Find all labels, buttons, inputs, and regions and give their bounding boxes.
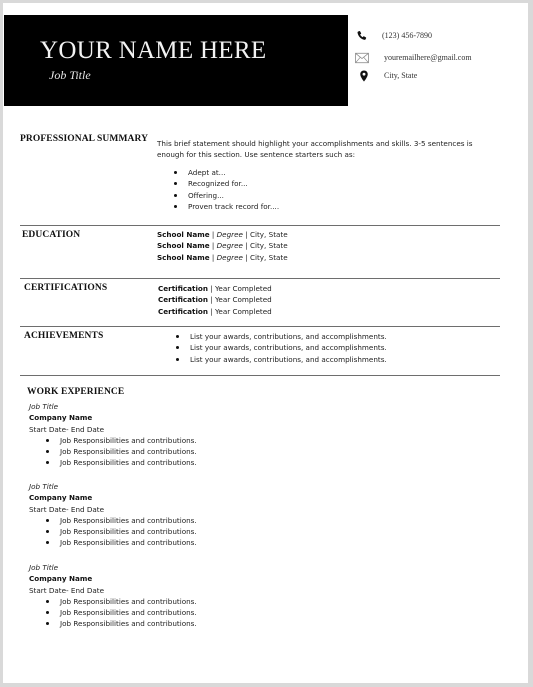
education-heading: EDUCATION: [22, 230, 80, 240]
company-name: Company Name: [29, 573, 197, 584]
list-item: Job Responsibilities and contributions.: [45, 526, 197, 537]
company-name: Company Name: [29, 492, 197, 503]
list-item: Offering...: [173, 190, 279, 201]
header-job-title: Job Title: [49, 68, 91, 83]
list-item: Adept at...: [173, 167, 279, 178]
list-item: List your awards, contributions, and acc…: [175, 331, 387, 342]
job-bullets: Job Responsibilities and contributions. …: [45, 596, 197, 630]
section-divider: [20, 278, 500, 279]
job-bullets: Job Responsibilities and contributions. …: [45, 515, 197, 549]
summary-heading: PROFESSIONAL SUMMARY: [20, 134, 148, 144]
certification-row: Certification | Year Completed: [158, 306, 272, 317]
job-title: Job Title: [29, 562, 197, 573]
achievements-bullets: List your awards, contributions, and acc…: [175, 331, 387, 365]
job-bullets: Job Responsibilities and contributions. …: [45, 435, 197, 469]
summary-line-2: enough for this section. Use sentence st…: [157, 149, 473, 160]
job-title: Job Title: [29, 481, 197, 492]
email-text: youremailhere@gmail.com: [384, 53, 472, 62]
summary-line-1: This brief statement should highlight yo…: [157, 138, 473, 149]
list-item: List your awards, contributions, and acc…: [175, 354, 387, 365]
education-row: School Name | Degree | City, State: [157, 229, 288, 240]
list-item: Job Responsibilities and contributions.: [45, 596, 197, 607]
name-banner: YOUR NAME HERE Job Title: [4, 15, 348, 106]
summary-bullets: Adept at... Recognized for... Offering..…: [173, 167, 279, 212]
phone-text: (123) 456-7890: [382, 31, 432, 40]
list-item: Job Responsibilities and contributions.: [45, 457, 197, 468]
map-pin-icon: [357, 70, 371, 82]
list-item: Job Responsibilities and contributions.: [45, 515, 197, 526]
education-row: School Name | Degree | City, State: [157, 240, 288, 251]
job-entry: Job Title Company Name Start Date- End D…: [29, 401, 197, 469]
list-item: Job Responsibilities and contributions.: [45, 446, 197, 457]
certifications-list: Certification | Year Completed Certifica…: [158, 283, 272, 317]
list-item: List your awards, contributions, and acc…: [175, 342, 387, 353]
job-dates: Start Date- End Date: [29, 424, 197, 435]
resume-page: YOUR NAME HERE Job Title (123) 456-7890 …: [3, 3, 528, 683]
list-item: Job Responsibilities and contributions.: [45, 435, 197, 446]
list-item: Recognized for...: [173, 178, 279, 189]
job-entry: Job Title Company Name Start Date- End D…: [29, 562, 197, 630]
section-divider: [20, 375, 500, 376]
location-text: City, State: [384, 71, 417, 80]
section-divider: [20, 326, 500, 327]
work-heading: WORK EXPERIENCE: [27, 387, 124, 397]
certification-row: Certification | Year Completed: [158, 294, 272, 305]
envelope-icon: [355, 52, 369, 64]
company-name: Company Name: [29, 412, 197, 423]
education-row: School Name | Degree | City, State: [157, 252, 288, 263]
list-item: Job Responsibilities and contributions.: [45, 618, 197, 629]
job-entry: Job Title Company Name Start Date- End D…: [29, 481, 197, 549]
certification-row: Certification | Year Completed: [158, 283, 272, 294]
list-item: Proven track record for....: [173, 201, 279, 212]
summary-paragraph: This brief statement should highlight yo…: [157, 138, 473, 161]
education-list: School Name | Degree | City, State Schoo…: [157, 229, 288, 263]
achievements-heading: ACHIEVEMENTS: [24, 331, 103, 341]
job-dates: Start Date- End Date: [29, 585, 197, 596]
candidate-name: YOUR NAME HERE: [40, 37, 266, 65]
certifications-heading: CERTIFICATIONS: [24, 283, 107, 293]
list-item: Job Responsibilities and contributions.: [45, 607, 197, 618]
list-item: Job Responsibilities and contributions.: [45, 537, 197, 548]
section-divider: [20, 225, 500, 226]
phone-icon: [355, 30, 369, 42]
job-title: Job Title: [29, 401, 197, 412]
job-dates: Start Date- End Date: [29, 504, 197, 515]
